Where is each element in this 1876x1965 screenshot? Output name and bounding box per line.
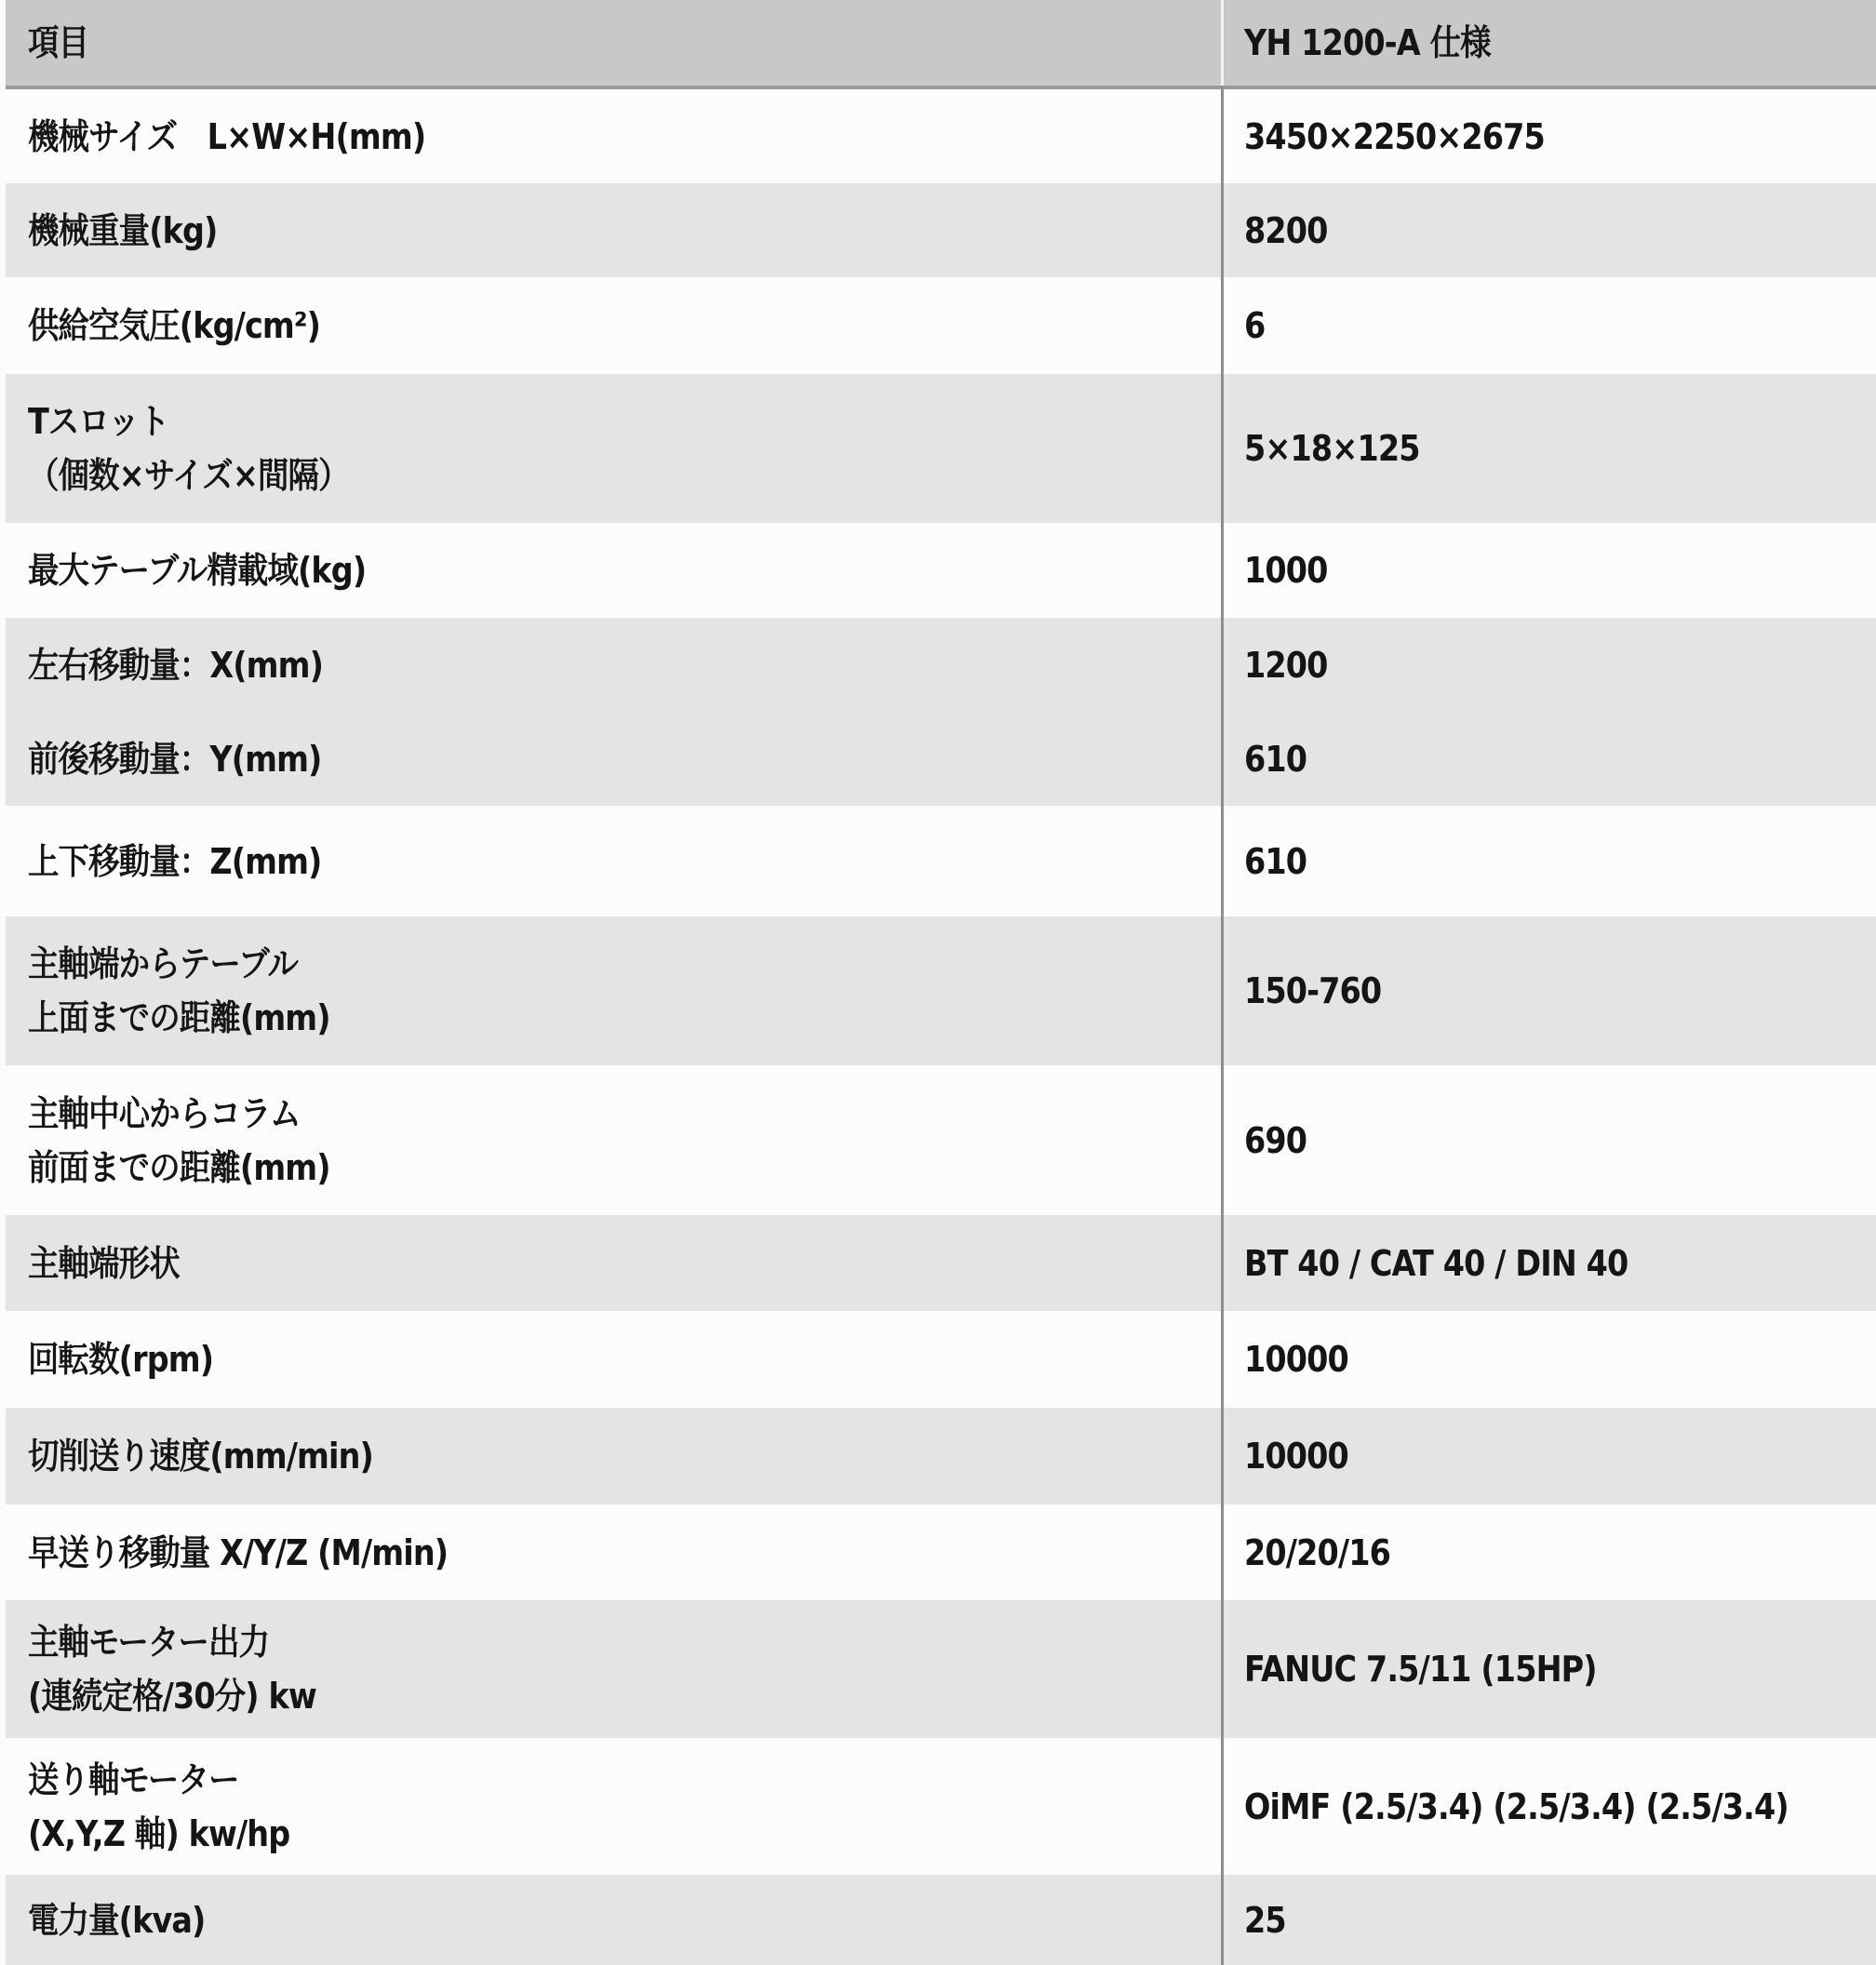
row-label: 機械サイズ L×W×H(mm) xyxy=(28,110,1052,164)
table-row: 切削送り速度(mm/min) 10000 xyxy=(6,1408,1876,1504)
row-value: FANUC 7.5/11 (15HP) xyxy=(1244,1642,1793,1696)
table-row: 供給空気圧(kg/cm²) 6 xyxy=(6,277,1876,374)
row-label: 機械重量(kg) xyxy=(28,204,1052,258)
row-label: 電力量(kva) xyxy=(28,1893,1052,1947)
table-row: 主軸中心からコラム 前面までの距離(mm) 690 xyxy=(6,1065,1876,1215)
row-value: 610 xyxy=(1244,835,1793,889)
header-column-divider xyxy=(1221,0,1224,86)
table-row: 送り軸モーター (X,Y,Z 軸) kw/hp OiMF (2.5/3.4) (… xyxy=(6,1738,1876,1875)
row-value: 20/20/16 xyxy=(1244,1526,1793,1580)
row-value: OiMF (2.5/3.4) (2.5/3.4) (2.5/3.4) xyxy=(1244,1780,1793,1834)
row-value: 6 xyxy=(1244,299,1793,353)
row-label-line2: 上面までの距離(mm) xyxy=(28,991,1052,1045)
row-label: 最大テーブル精載域(kg) xyxy=(28,543,1052,597)
spec-table: 項目 YH 1200-A 仕様 機械サイズ L×W×H(mm) 3450×225… xyxy=(6,0,1876,1965)
row-value: 25 xyxy=(1244,1893,1793,1947)
row-value: 5×18×125 xyxy=(1244,421,1793,475)
header-item: 項目 xyxy=(28,16,1052,70)
row-value: 10000 xyxy=(1244,1332,1793,1386)
row-label-line2: (連続定格/30分) kw xyxy=(28,1669,1052,1723)
table-header: 項目 YH 1200-A 仕様 xyxy=(6,0,1876,89)
row-label-line1: 主軸中心からコラム xyxy=(28,1087,1052,1141)
row-label-line1: 主軸モーター出力 xyxy=(28,1615,1052,1669)
row-label: 主軸端形状 xyxy=(28,1236,1052,1290)
row-value: 3450×2250×2675 xyxy=(1244,110,1793,164)
row-value: 610 xyxy=(1244,732,1793,786)
table-row: 電力量(kva) 25 xyxy=(6,1875,1876,1965)
row-value: 10000 xyxy=(1244,1429,1793,1483)
row-label-line2: 前面までの距離(mm) xyxy=(28,1141,1052,1195)
row-value: BT 40 / CAT 40 / DIN 40 xyxy=(1244,1236,1793,1290)
row-value: 690 xyxy=(1244,1114,1793,1168)
row-label-line1: Tスロット xyxy=(28,394,1052,448)
table-row: Tスロット （個数×サイズ×間隔） 5×18×125 xyxy=(6,374,1876,523)
table-row-group: 左右移動量：X(mm) 前後移動量：Y(mm) 1200 610 xyxy=(6,618,1876,806)
row-label: 上下移動量：Z(mm) xyxy=(28,835,1052,889)
row-value: 1000 xyxy=(1244,543,1793,597)
table-row: 上下移動量：Z(mm) 610 xyxy=(6,806,1876,916)
table-row: 機械サイズ L×W×H(mm) 3450×2250×2675 xyxy=(6,89,1876,183)
row-value: 150-760 xyxy=(1244,964,1793,1018)
row-label-line1: 送り軸モーター xyxy=(28,1753,1052,1807)
table-row: 主軸モーター出力 (連続定格/30分) kw FANUC 7.5/11 (15H… xyxy=(6,1600,1876,1738)
row-value: 1200 xyxy=(1244,638,1793,692)
table-row: 最大テーブル精載域(kg) 1000 xyxy=(6,523,1876,618)
table-row: 回転数(rpm) 10000 xyxy=(6,1311,1876,1408)
row-label: 早送り移動量 X/Y/Z (M/min) xyxy=(28,1526,1052,1580)
table-row: 主軸端形状 BT 40 / CAT 40 / DIN 40 xyxy=(6,1215,1876,1311)
row-label-line2: (X,Y,Z 軸) kw/hp xyxy=(28,1807,1052,1861)
row-label: 左右移動量：X(mm) xyxy=(28,638,1052,692)
row-label: 供給空気圧(kg/cm²) xyxy=(28,299,1052,353)
header-spec: YH 1200-A 仕様 xyxy=(1244,16,1793,70)
row-label: 前後移動量：Y(mm) xyxy=(28,732,1052,786)
row-label-line2: （個数×サイズ×間隔） xyxy=(28,448,1052,502)
table-row: 早送り移動量 X/Y/Z (M/min) 20/20/16 xyxy=(6,1504,1876,1600)
row-label-line1: 主軸端からテーブル xyxy=(28,937,1052,991)
row-label: 切削送り速度(mm/min) xyxy=(28,1429,1052,1483)
row-label: 回転数(rpm) xyxy=(28,1332,1052,1386)
column-divider xyxy=(1221,0,1224,1965)
table-row: 機械重量(kg) 8200 xyxy=(6,183,1876,277)
table-row: 主軸端からテーブル 上面までの距離(mm) 150-760 xyxy=(6,916,1876,1065)
row-value: 8200 xyxy=(1244,204,1793,258)
